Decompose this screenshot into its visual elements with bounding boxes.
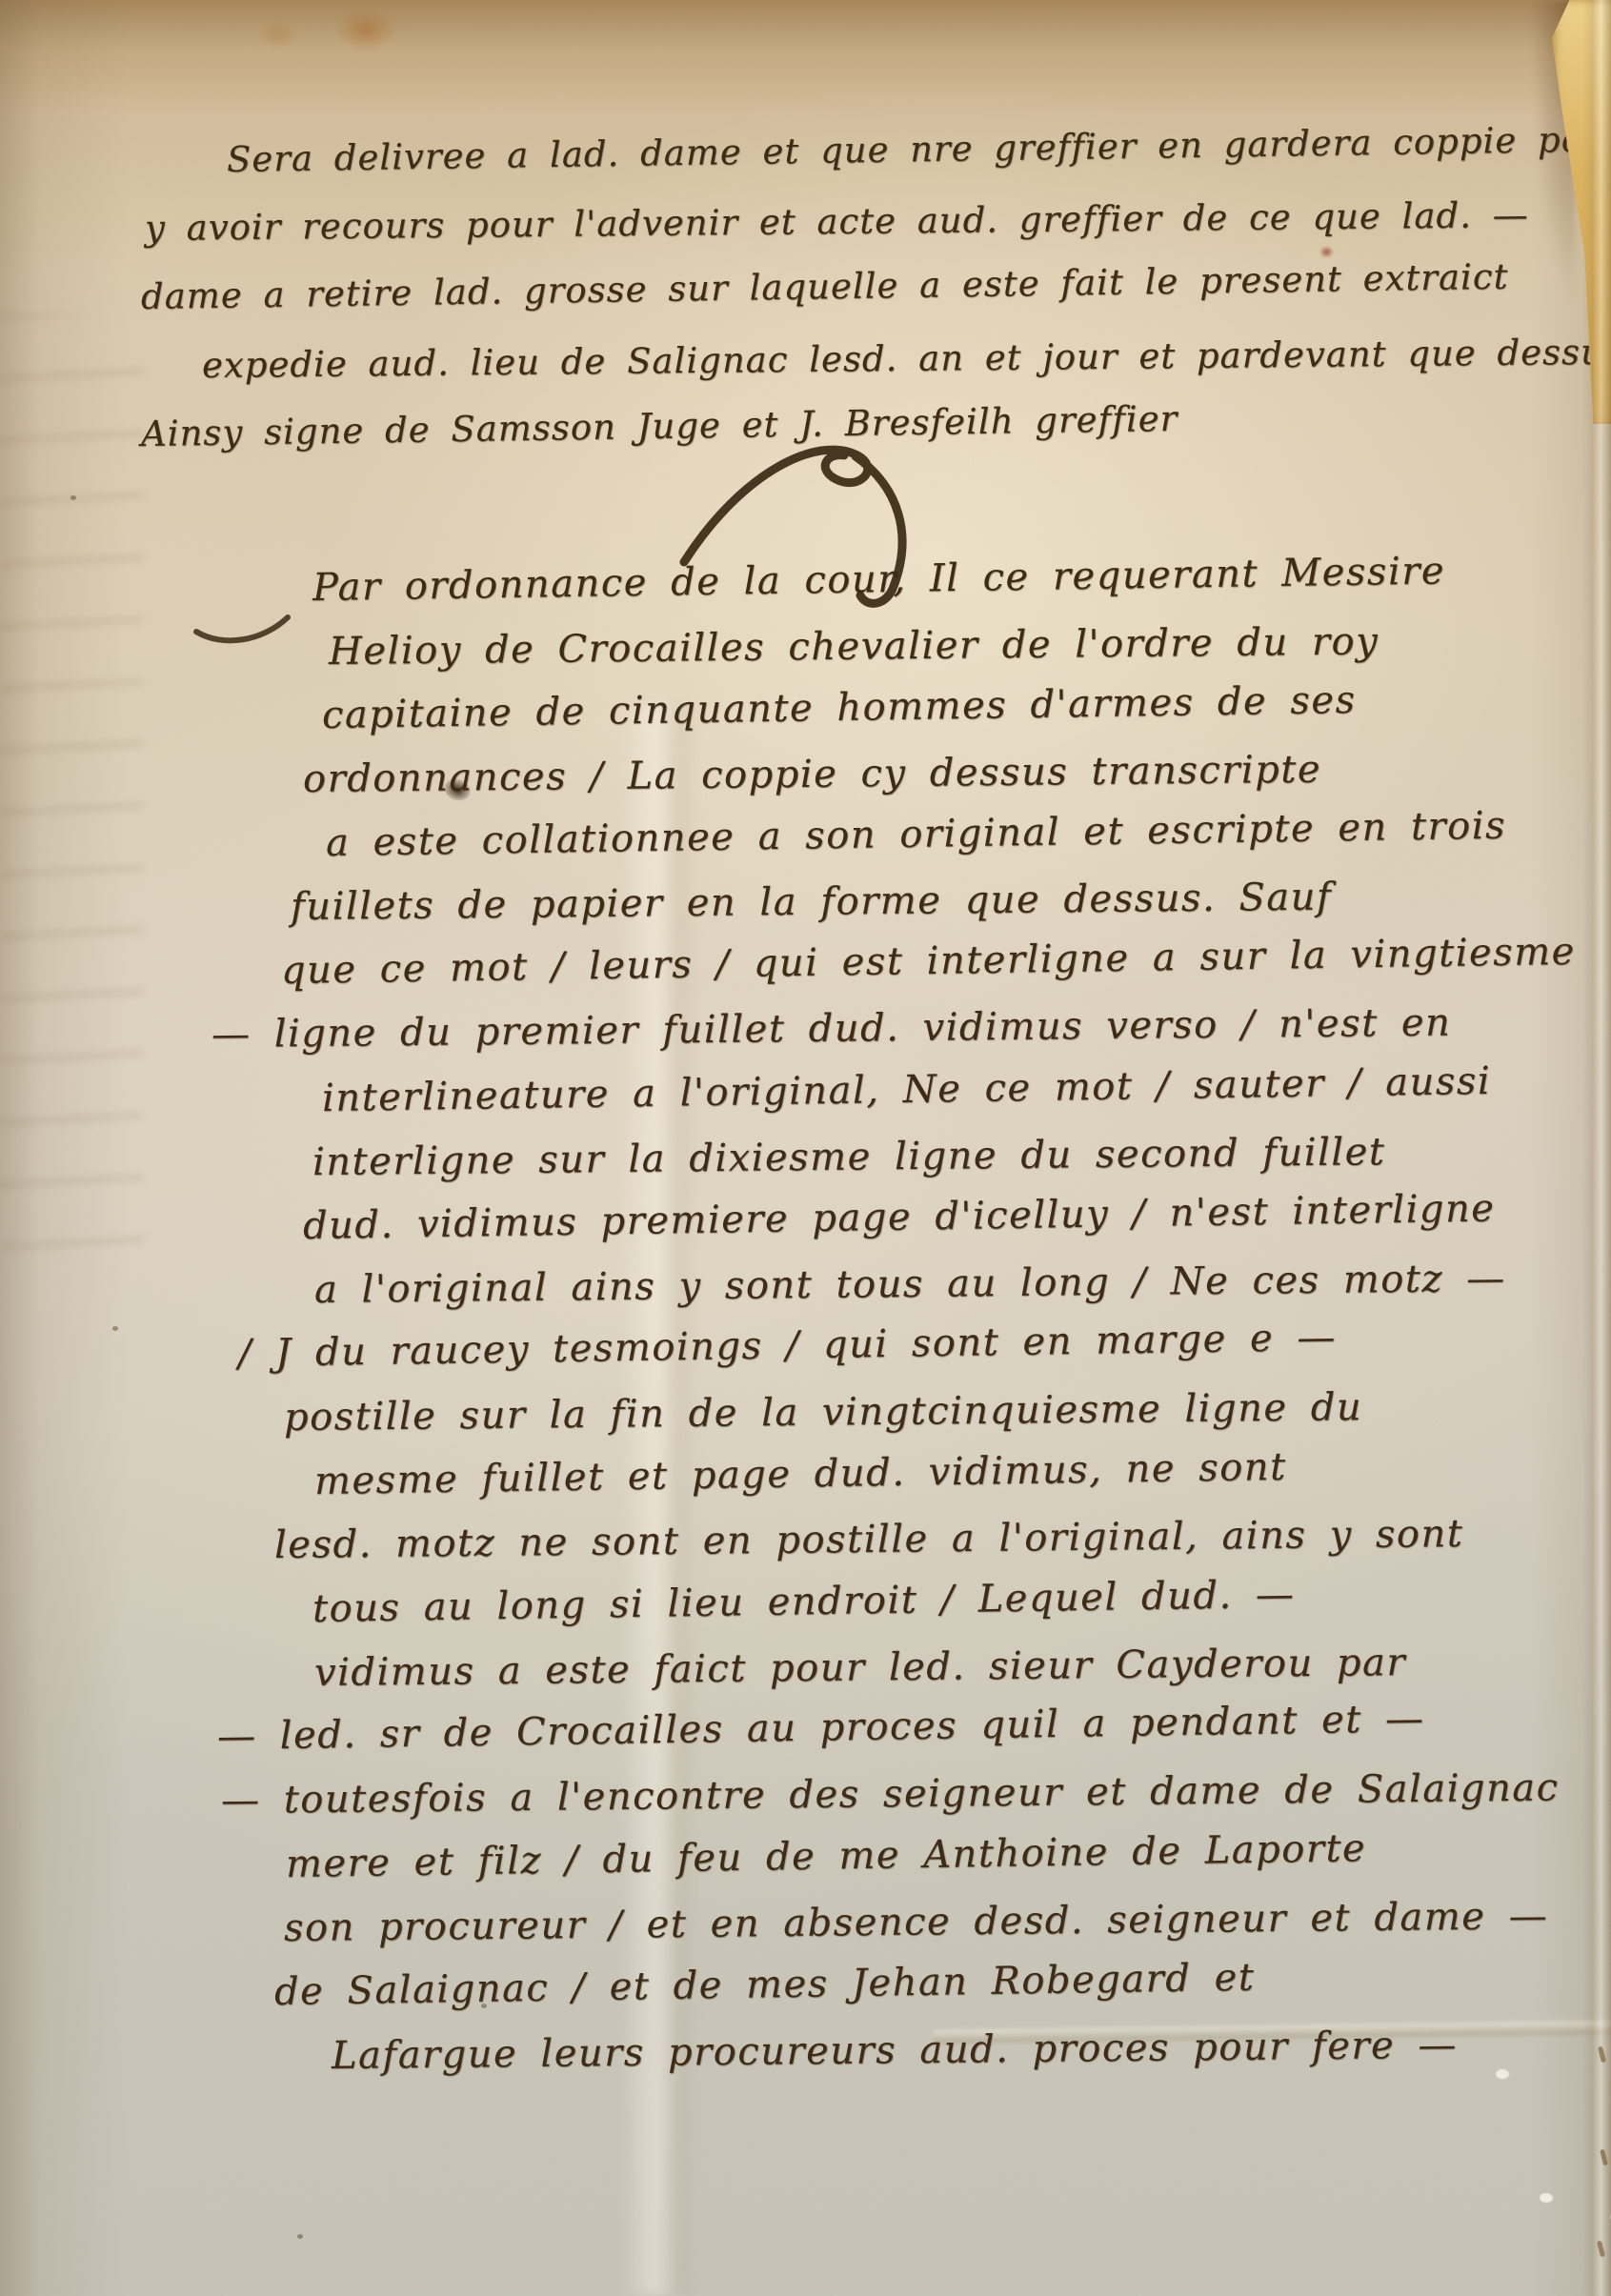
manuscript-line: interlineature a l'original, Ne ce mot /… [322,1059,1492,1120]
manuscript-line: / J du raucey tesmoings / qui sont en ma… [238,1316,1338,1376]
manuscript-line: mere et filz / du feu de me Anthoine de … [286,1826,1367,1886]
manuscript-line: son procureur / et en absence desd. seig… [284,1894,1549,1950]
verso-bleed-through [0,314,143,1248]
rust-stain [335,8,396,51]
paper-speck [70,495,76,500]
manuscript-line: expedie aud. lieu de Salignac lesd. an e… [202,332,1611,386]
manuscript-line: — ligne du premier fuillet dud. vidimus … [211,1001,1452,1057]
manuscript-line: Sera delivree a lad. dame et que nre gre… [227,118,1611,180]
manuscript-line: ordonnances / La coppie cy dessus transc… [303,748,1321,801]
manuscript-line: Par ordonnance de la cour, Il ce requera… [312,549,1446,610]
manuscript-line: lesd. motz ne sont en postille a l'origi… [274,1512,1464,1567]
manuscript-line: — led. sr de Crocailles au proces quil a… [217,1697,1425,1759]
manuscript-line: capitaine de cinquante hommes d'armes de… [322,678,1357,737]
manuscript-line: interligne sur la dixiesme ligne du seco… [312,1130,1386,1184]
paper-speck [297,2234,303,2239]
paper-speck [112,1326,118,1331]
manuscript-line: fuillets de papier en la forme que dessu… [291,876,1333,929]
manuscript-line: dame a retire lad. grosse sur laquelle a… [141,256,1509,317]
page-right-edge [1582,0,1611,2296]
manuscript-line: Lafargue leurs procureurs aud. proces po… [332,2024,1458,2078]
manuscript-line: — toutesfois a l'encontre des seigneur e… [221,1766,1560,1823]
manuscript-line: a este collationnee a son original et es… [326,804,1507,865]
paper-fleck [1496,2069,1509,2079]
manuscript-line: de Salaignac / et de mes Jehan Robegard … [274,1956,1256,2014]
manuscript-line: tous au long si lieu endroit / Lequel du… [312,1573,1296,1631]
manuscript-line: vidimus a este faict pour led. sieur Cay… [314,1641,1406,1695]
manuscript-line: dud. vidimus premiere page d'icelluy / n… [303,1186,1496,1248]
paper-fleck [1540,2193,1553,2203]
manuscript-line: mesme fuillet et page dud. vidimus, ne s… [314,1445,1287,1503]
manuscript-page-photo: Sera delivree a lad. dame et que nre gre… [0,0,1611,2296]
manuscript-line: y avoir recours pour l'advenir et acte a… [145,194,1529,249]
manuscript-line: que ce mot / leurs / qui est interligne … [281,930,1576,993]
rust-stain [257,19,299,50]
initial-flourish-stroke [191,589,314,655]
red-ink-spot [1319,246,1334,258]
manuscript-line: a l'original ains y sont tous au long / … [314,1257,1506,1312]
manuscript-line: Helioy de Crocailles chevalier de l'ordr… [329,619,1379,674]
manuscript-line: postille sur la fin de la vingtcinquiesm… [284,1385,1363,1440]
